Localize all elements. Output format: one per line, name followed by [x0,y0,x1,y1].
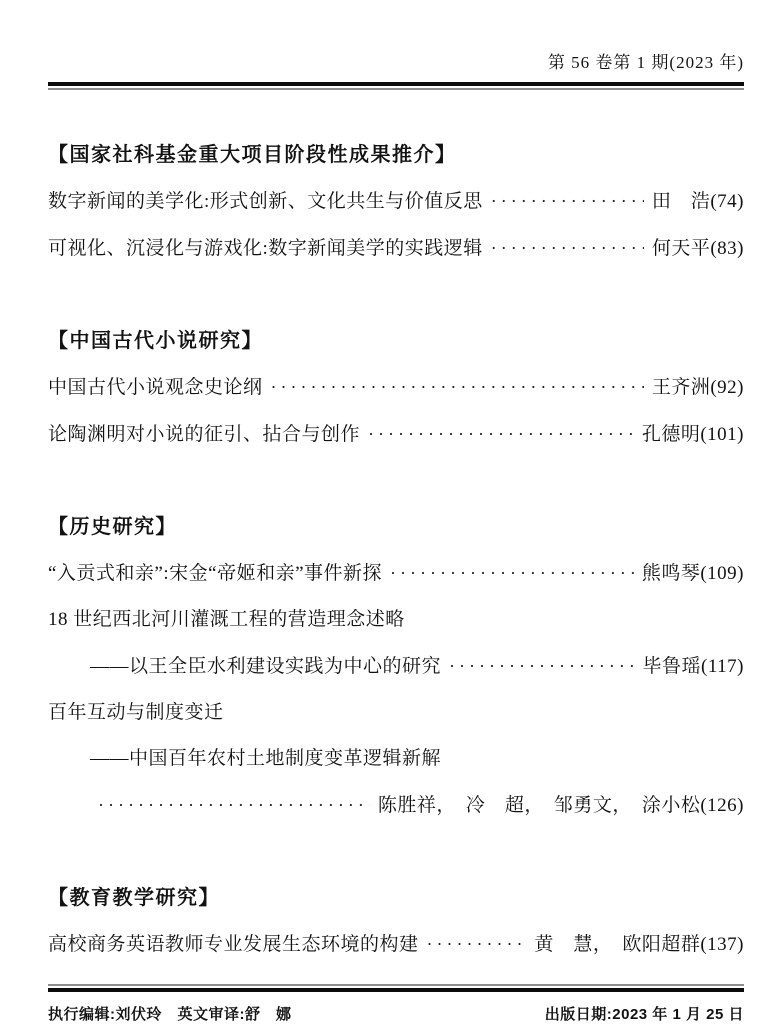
toc-entry-authors-line: 陈胜祥， 冷 超， 邹勇文， 涂小松(126) [48,782,744,829]
toc-entry: 18 世纪西北河川灌溉工程的营造理念述略 [48,597,744,643]
footer-publish-date: 出版日期:2023 年 1 月 25 日 [545,1003,744,1024]
entry-author-page: 田 浩(74) [652,179,744,225]
toc-entry: 论陶渊明对小说的征引、拈合与创作 孔德明(101) [48,411,744,458]
toc-entry: 高校商务英语教师专业发展生态环境的构建 黄 慧， 欧阳超群(137) [48,921,744,968]
entry-subtitle: ——中国百年农村土地制度变革逻辑新解 [90,736,441,782]
header-rule-thin [48,88,744,90]
entry-title: 中国古代小说观念史论纲 [48,365,263,411]
entry-author-page: 熊鸣琴(109) [642,551,744,597]
issue-info: 第 56 卷第 1 期(2023 年) [48,0,744,73]
dot-leader [368,411,634,458]
toc-entry: 百年互动与制度变迁 [48,690,744,736]
journal-toc-page: { "header": { "issue_info": "第 56 卷第 1 期… [0,0,780,1036]
entry-author-page: 毕鲁瑶(117) [643,644,744,690]
footer-rule-thin [48,984,744,986]
toc-entry-subtitle: ——以王全臣水利建设实践为中心的研究 毕鲁瑶(117) [48,643,744,690]
page-footer: 执行编辑:刘伏玲 英文审译:舒 娜 出版日期:2023 年 1 月 25 日 [48,984,744,1024]
toc-entry: 可视化、沉浸化与游戏化:数字新闻美学的实践逻辑 何天平(83) [48,225,744,272]
footer-editors: 执行编辑:刘伏玲 英文审译:舒 娜 [48,1003,292,1024]
entry-author-page: 何天平(83) [652,226,744,272]
dot-leader [98,782,370,829]
entry-subtitle: ——以王全臣水利建设实践为中心的研究 [90,644,441,690]
entry-title: 百年互动与制度变迁 [48,690,224,736]
section-major-project-results: 【国家社科基金重大项目阶段性成果推介】 数字新闻的美学化:形式创新、文化共生与价… [48,132,744,272]
dot-leader [491,178,644,225]
entry-title: “入贡式和亲”:宋金“帝姬和亲”事件新探 [48,551,382,597]
toc-entry-subtitle: ——中国百年农村土地制度变革逻辑新解 [48,736,744,782]
footer-rule-thick [48,988,744,992]
entry-author-page: 孔德明(101) [642,412,744,458]
toc-entry: “入贡式和亲”:宋金“帝姬和亲”事件新探 熊鸣琴(109) [48,550,744,597]
section-heading: 【国家社科基金重大项目阶段性成果推介】 [48,132,744,178]
section-education-teaching-research: 【教育教学研究】 高校商务英语教师专业发展生态环境的构建 黄 慧， 欧阳超群(1… [48,875,744,968]
dot-leader [491,225,644,272]
section-heading: 【教育教学研究】 [48,875,744,921]
dot-leader [427,921,527,968]
entry-author-page: 黄 慧， 欧阳超群(137) [534,922,744,968]
page-content: 第 56 卷第 1 期(2023 年) 【国家社科基金重大项目阶段性成果推介】 … [0,0,780,968]
entry-title: 18 世纪西北河川灌溉工程的营造理念述略 [48,597,405,643]
footer-text-row: 执行编辑:刘伏玲 英文审译:舒 娜 出版日期:2023 年 1 月 25 日 [48,1003,744,1024]
entry-title: 可视化、沉浸化与游戏化:数字新闻美学的实践逻辑 [48,226,483,272]
entry-title: 论陶渊明对小说的征引、拈合与创作 [48,412,360,458]
section-heading: 【中国古代小说研究】 [48,318,744,364]
entry-author-page: 陈胜祥， 冷 超， 邹勇文， 涂小松(126) [378,783,744,829]
section-ancient-chinese-fiction: 【中国古代小说研究】 中国古代小说观念史论纲 王齐洲(92) 论陶渊明对小说的征… [48,318,744,458]
entry-author-page: 王齐洲(92) [652,365,744,411]
toc-entry: 数字新闻的美学化:形式创新、文化共生与价值反思 田 浩(74) [48,178,744,225]
header-double-rule [48,82,744,90]
entry-title: 数字新闻的美学化:形式创新、文化共生与价值反思 [48,179,483,225]
toc-entry: 中国古代小说观念史论纲 王齐洲(92) [48,364,744,411]
section-heading: 【历史研究】 [48,504,744,550]
dot-leader [449,643,635,690]
dot-leader [271,364,644,411]
header-rule-thick [48,82,744,86]
entry-title: 高校商务英语教师专业发展生态环境的构建 [48,922,419,968]
table-of-contents: 【国家社科基金重大项目阶段性成果推介】 数字新闻的美学化:形式创新、文化共生与价… [48,132,744,968]
section-history-research: 【历史研究】 “入贡式和亲”:宋金“帝姬和亲”事件新探 熊鸣琴(109) 18 … [48,504,744,829]
dot-leader [390,550,634,597]
